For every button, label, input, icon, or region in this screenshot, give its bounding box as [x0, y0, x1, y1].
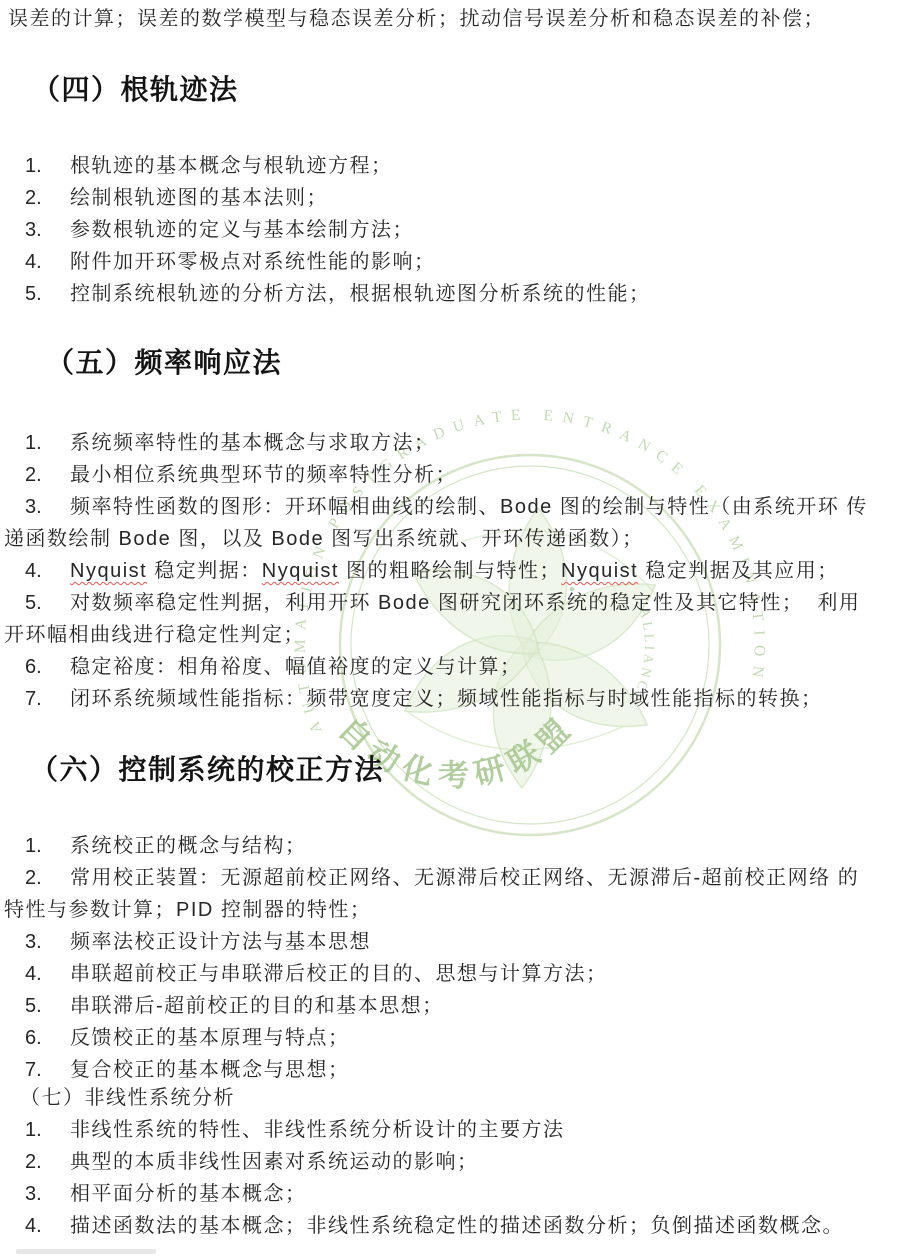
item-number: 1.: [25, 1114, 42, 1146]
document-content: 误差的计算；误差的数学模型与稳态误差分析；扰动信号误差分析和稳态误差的补偿； （…: [0, 0, 900, 1242]
spellcheck-underlined-word: Nyquist: [262, 560, 339, 582]
item-text: 复合校正的基本概念与思想；: [70, 1059, 350, 1081]
item-number: 1.: [25, 427, 42, 459]
section-list: 1.系统校正的概念与结构；2.常用校正装置：无源超前校正网络、无源滞后校正网络、…: [0, 830, 900, 1086]
item-text: 最小相位系统典型环节的频率特性分析；: [70, 464, 457, 486]
item-text: 对数频率稳定性判据，利用开环 Bode 图研究闭环系统的稳定性及其它特性； 利用: [70, 592, 860, 614]
item-text: 闭环系统频域性能指标：频带宽度定义；频域性能指标与时域性能指标的转换；: [70, 688, 823, 710]
item-text: 开环幅相曲线进行稳定性判定；: [4, 624, 305, 646]
list-item: 3.参数根轨迹的定义与基本绘制方法；: [0, 214, 900, 246]
list-item-continuation: 开环幅相曲线进行稳定性判定；: [0, 619, 900, 651]
section-list: 1.根轨迹的基本概念与根轨迹方程；2.绘制根轨迹图的基本法则；3.参数根轨迹的定…: [0, 150, 900, 310]
item-text: 串联超前校正与串联滞后校正的目的、思想与计算方法；: [70, 963, 608, 985]
list-item: 5.串联滞后-超前校正的目的和基本思想；: [0, 990, 900, 1022]
list-item: 2.典型的本质非线性因素对系统运动的影响；: [0, 1146, 900, 1178]
list-item: 6.反馈校正的基本原理与特点；: [0, 1022, 900, 1054]
item-text: 频率特性函数的图形：开环幅相曲线的绘制、Bode 图的绘制与特性（由系统开环 传: [70, 496, 868, 518]
item-text: 控制系统根轨迹的分析方法，根据根轨迹图分析系统的性能；: [70, 283, 651, 305]
list-item: 4.串联超前校正与串联滞后校正的目的、思想与计算方法；: [0, 958, 900, 990]
list-item: 1.根轨迹的基本概念与根轨迹方程；: [0, 150, 900, 182]
item-number: 5.: [25, 278, 42, 310]
item-text: 非线性系统的特性、非线性系统分析设计的主要方法: [70, 1119, 565, 1141]
item-text: 描述函数法的基本概念；非线性系统稳定性的描述函数分析；负倒描述函数概念。: [70, 1215, 844, 1237]
section-heading: （四）根轨迹法: [32, 70, 900, 110]
list-item: 2.绘制根轨迹图的基本法则；: [0, 182, 900, 214]
list-item-continuation: 递函数绘制 Bode 图，以及 Bode 图写出系统就、开环传递函数）；: [0, 523, 900, 555]
spellcheck-underlined-word: Nyquist: [70, 560, 147, 582]
item-text: 根轨迹的基本概念与根轨迹方程；: [70, 155, 393, 177]
spellcheck-underlined-word: Nyquist: [561, 560, 638, 582]
section-heading: （六）控制系统的校正方法: [30, 750, 900, 790]
item-number: 6.: [25, 1022, 42, 1054]
item-text: 串联滞后-超前校正的目的和基本思想；: [70, 995, 444, 1017]
list-item: 7.闭环系统频域性能指标：频带宽度定义；频域性能指标与时域性能指标的转换；: [0, 683, 900, 715]
section-list: （七）非线性系统分析1.非线性系统的特性、非线性系统分析设计的主要方法2.典型的…: [0, 1082, 900, 1242]
item-number: 1.: [25, 150, 42, 182]
section-heading: （五）频率响应法: [46, 343, 900, 383]
item-text: 递函数绘制 Bode 图，以及 Bode 图写出系统就、开环传递函数）；: [4, 528, 644, 550]
item-number: 7.: [25, 1054, 42, 1086]
item-text: 附件加开环零极点对系统性能的影响；: [70, 251, 436, 273]
item-number: 4.: [25, 246, 42, 278]
list-item: 4.描述函数法的基本概念；非线性系统稳定性的描述函数分析；负倒描述函数概念。: [0, 1210, 900, 1242]
item-number: 3.: [25, 491, 42, 523]
item-number: 2.: [25, 459, 42, 491]
sections-container: （四）根轨迹法1.根轨迹的基本概念与根轨迹方程；2.绘制根轨迹图的基本法则；3.…: [0, 70, 900, 1242]
list-item: 5.控制系统根轨迹的分析方法，根据根轨迹图分析系统的性能；: [0, 278, 900, 310]
list-item: 3.频率特性函数的图形：开环幅相曲线的绘制、Bode 图的绘制与特性（由系统开环…: [0, 491, 900, 523]
list-item: 7.复合校正的基本概念与思想；: [0, 1054, 900, 1086]
list-item: 1.系统校正的概念与结构；: [0, 830, 900, 862]
item-text: 系统校正的概念与结构；: [70, 835, 307, 857]
item-text: 频率法校正设计方法与基本思想: [70, 931, 371, 953]
item-number: 6.: [25, 651, 42, 683]
item-number: 4.: [25, 958, 42, 990]
document-page: AUTOMATION POSTGRADUATE ENTRANCE EXAMINA…: [0, 0, 900, 1258]
item-text: 典型的本质非线性因素对系统运动的影响；: [70, 1151, 479, 1173]
item-number: 1.: [25, 830, 42, 862]
item-number: 3.: [25, 926, 42, 958]
item-number: 2.: [25, 182, 42, 214]
item-number: 5.: [25, 990, 42, 1022]
section-label: （七）非线性系统分析: [0, 1082, 900, 1114]
item-text: 相平面分析的基本概念；: [70, 1183, 307, 1205]
list-item: 4.Nyquist 稳定判据：Nyquist 图的粗略绘制与特性；Nyquist…: [0, 555, 900, 587]
item-text: 系统频率特性的基本概念与求取方法；: [70, 432, 436, 454]
list-item: 2.最小相位系统典型环节的频率特性分析；: [0, 459, 900, 491]
list-item: 3.相平面分析的基本概念；: [0, 1178, 900, 1210]
item-text: 常用校正装置：无源超前校正网络、无源滞后校正网络、无源滞后-超前校正网络 的: [70, 867, 859, 889]
section-list: 1.系统频率特性的基本概念与求取方法；2.最小相位系统典型环节的频率特性分析；3…: [0, 427, 900, 715]
item-number: 4.: [25, 1210, 42, 1242]
item-text: 参数根轨迹的定义与基本绘制方法；: [70, 219, 414, 241]
list-item: 2.常用校正装置：无源超前校正网络、无源滞后校正网络、无源滞后-超前校正网络 的: [0, 862, 900, 894]
item-text: 稳定裕度：相角裕度、幅值裕度的定义与计算；: [70, 656, 522, 678]
intro-paragraph: 误差的计算；误差的数学模型与稳态误差分析；扰动信号误差分析和稳态误差的补偿；: [0, 0, 900, 32]
item-number: 5.: [25, 587, 42, 619]
item-number: 2.: [25, 1146, 42, 1178]
item-number: 4.: [25, 555, 42, 587]
list-item: 6.稳定裕度：相角裕度、幅值裕度的定义与计算；: [0, 651, 900, 683]
item-text: 绘制根轨迹图的基本法则；: [70, 187, 328, 209]
item-text: Nyquist 稳定判据：Nyquist 图的粗略绘制与特性；Nyquist 稳…: [70, 560, 839, 582]
list-item: 4.附件加开环零极点对系统性能的影响；: [0, 246, 900, 278]
item-number: 3.: [25, 214, 42, 246]
scan-artifact: [16, 1249, 156, 1254]
item-text: 反馈校正的基本原理与特点；: [70, 1027, 350, 1049]
item-number: 7.: [25, 683, 42, 715]
item-text: 特性与参数计算；PID 控制器的特性；: [4, 899, 371, 921]
list-item: 1.非线性系统的特性、非线性系统分析设计的主要方法: [0, 1114, 900, 1146]
item-number: 3.: [25, 1178, 42, 1210]
list-item: 5.对数频率稳定性判据，利用开环 Bode 图研究闭环系统的稳定性及其它特性； …: [0, 587, 900, 619]
list-item: 1.系统频率特性的基本概念与求取方法；: [0, 427, 900, 459]
list-item-continuation: 特性与参数计算；PID 控制器的特性；: [0, 894, 900, 926]
list-item: 3.频率法校正设计方法与基本思想: [0, 926, 900, 958]
item-number: 2.: [25, 862, 42, 894]
